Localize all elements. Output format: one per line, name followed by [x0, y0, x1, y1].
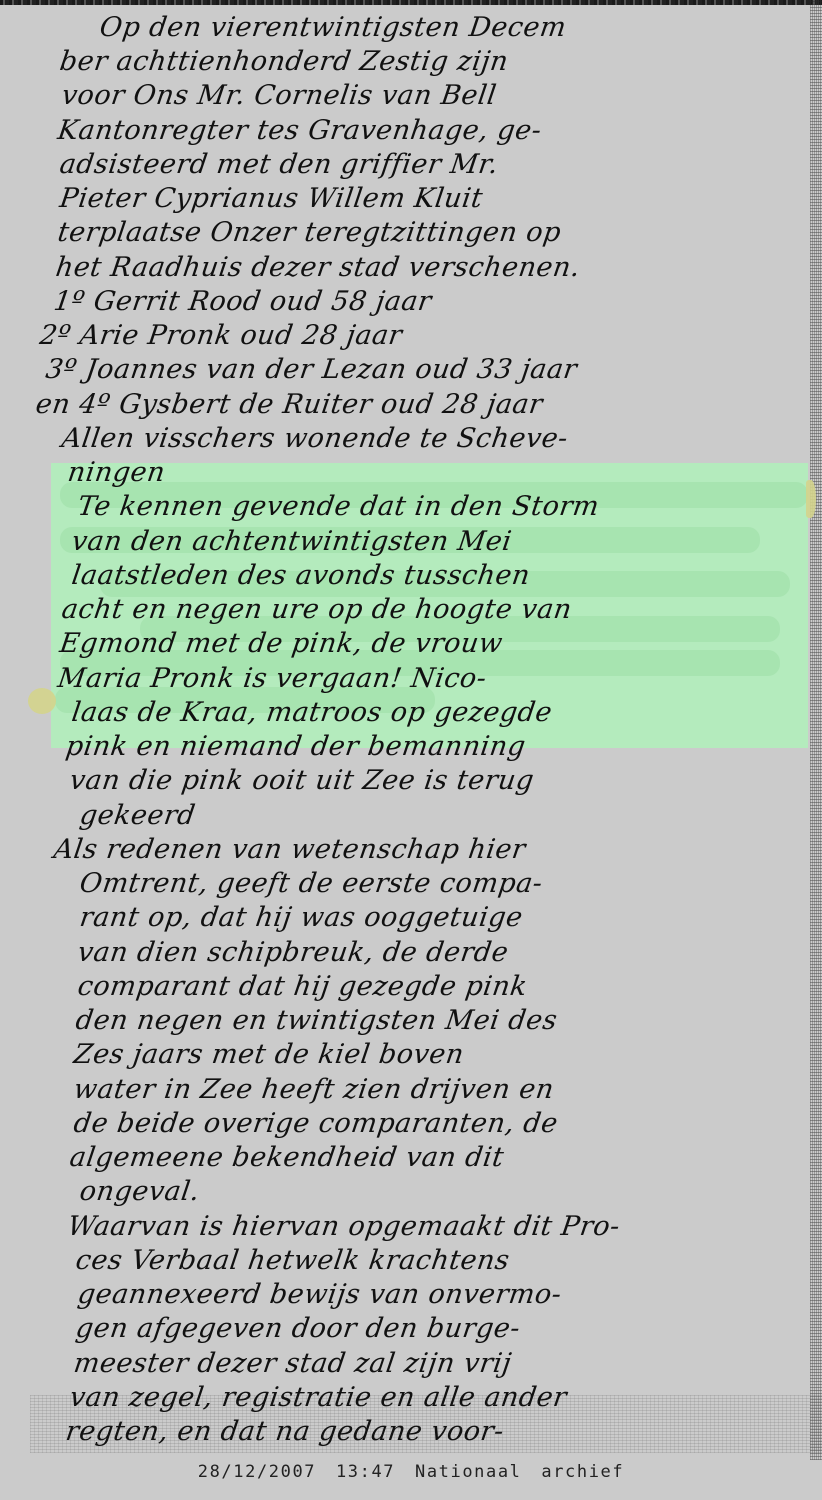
text-line: ongeval.: [78, 1178, 822, 1205]
text-line: gen afgegeven door den burge-: [74, 1315, 822, 1342]
text-line: ber achttienhonderd Zestig zijn: [58, 48, 822, 75]
text-line: van dien schipbreuk, de derde: [76, 939, 822, 966]
text-line: water in Zee heeft zien drijven en: [72, 1076, 822, 1103]
text-line: geannexeerd bewijs van onvermo-: [76, 1281, 822, 1308]
text-line: Zes jaars met de kiel boven: [72, 1041, 822, 1068]
text-line: de beide overige comparanten, de: [72, 1110, 822, 1137]
text-line: Waarvan is hiervan opgemaakt dit Pro-: [66, 1213, 822, 1240]
scan-top-edge: [0, 0, 822, 5]
footer-date: 28/12/2007: [194, 1462, 320, 1482]
text-line: van die pink ooit uit Zee is terug: [68, 767, 822, 794]
text-line: ningen: [66, 459, 822, 486]
text-line: regten, en dat na gedane voor-: [64, 1418, 822, 1445]
text-line: van den achtentwintigsten Mei: [70, 528, 822, 555]
text-line: rant op, dat hij was ooggetuige: [78, 904, 822, 931]
text-line: van zegel, registratie en alle ander: [68, 1384, 822, 1411]
text-line: laas de Kraa, matroos op gezegde: [70, 699, 822, 726]
text-line: voor Ons Mr. Cornelis van Bell: [60, 82, 822, 109]
text-line: acht en negen ure op de hoogte van: [60, 596, 822, 623]
text-line: Egmond met de pink, de vrouw: [58, 630, 822, 657]
text-line: 2º Arie Pronk oud 28 jaar: [38, 322, 822, 349]
fax-footer: 28/12/2007 13:47 Nationaal archief: [0, 1462, 822, 1482]
text-line: meester dezer stad zal zijn vrij: [72, 1350, 822, 1377]
text-line: 3º Joannes van der Lezan oud 33 jaar: [44, 356, 822, 383]
text-line: 1º Gerrit Rood oud 58 jaar: [52, 288, 822, 315]
text-line: Pieter Cyprianus Willem Kluit: [58, 185, 822, 212]
text-line: ces Verbaal hetwelk krachtens: [74, 1247, 822, 1274]
text-line: Kantonregter tes Gravenhage, ge-: [56, 117, 822, 144]
text-line: gekeerd: [78, 802, 822, 829]
text-line: adsisteerd met den griffier Mr.: [58, 151, 822, 178]
footer-time: 13:47: [332, 1462, 399, 1482]
yellow-marker-left: [28, 688, 56, 714]
text-line: comparant dat hij gezegde pink: [76, 973, 822, 1000]
footer-source-2: archief: [537, 1462, 628, 1482]
text-line: Maria Pronk is vergaan! Nico-: [56, 665, 822, 692]
text-line: pink en niemand der bemanning: [64, 733, 822, 760]
text-line: terplaatse Onzer teregtzittingen op: [56, 219, 822, 246]
text-line: Te kennen gevende dat in den Storm: [76, 493, 822, 520]
text-line: algemeene bekendheid van dit: [68, 1144, 822, 1171]
text-line: Als redenen van wetenschap hier: [52, 836, 822, 863]
text-line: het Raadhuis dezer stad verschenen.: [54, 254, 822, 281]
text-line: en 4º Gysbert de Ruiter oud 28 jaar: [34, 391, 822, 418]
text-line: laatstleden des avonds tusschen: [70, 562, 822, 589]
text-line: den negen en twintigsten Mei des: [74, 1007, 822, 1034]
text-line: Op den vierentwintigsten Decem: [98, 14, 822, 41]
footer-source: Nationaal: [411, 1462, 526, 1482]
document-scan: Op den vierentwintigsten December achtti…: [0, 0, 822, 1500]
text-line: Allen visschers wonende te Scheve-: [60, 425, 822, 452]
text-line: Omtrent, geeft de eerste compa-: [78, 870, 822, 897]
